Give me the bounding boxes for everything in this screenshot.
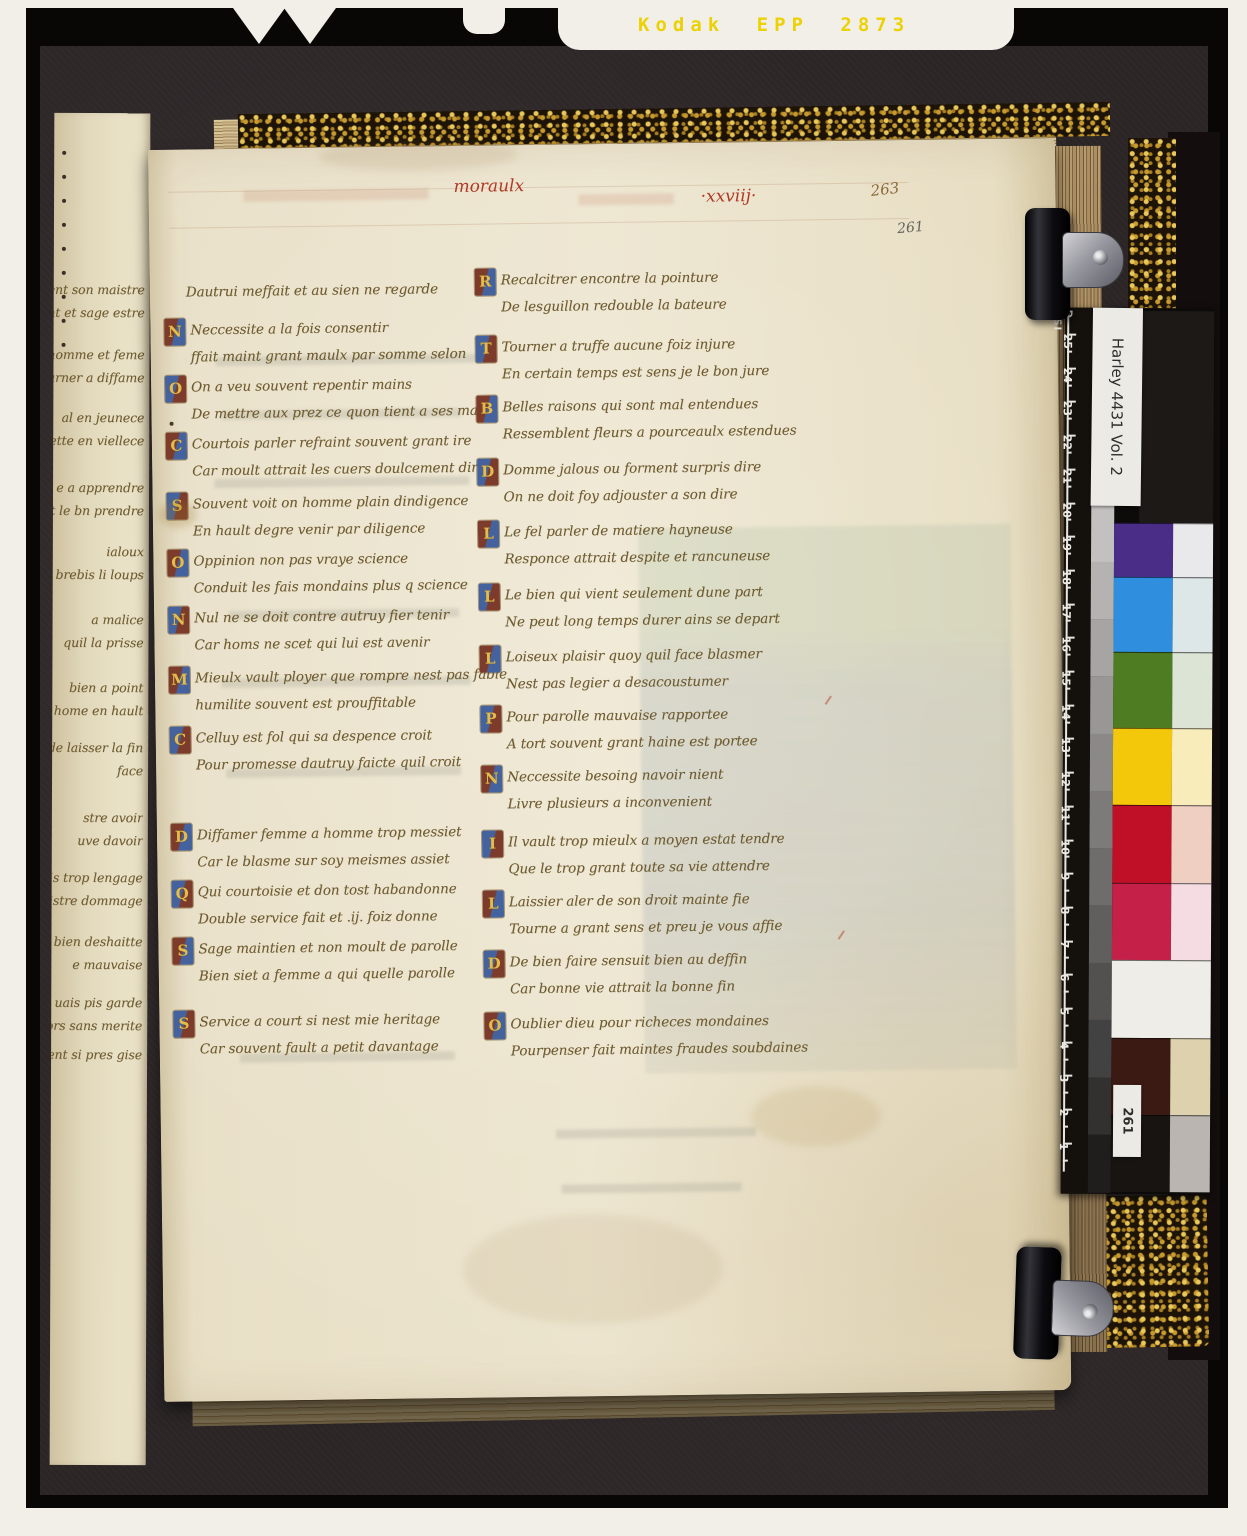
ruler-tick [1063, 1109, 1072, 1111]
illuminated-initial: I [482, 830, 503, 857]
ruler-tick-minor [1064, 856, 1069, 858]
ruler-tick-minor [1063, 1058, 1068, 1060]
illuminated-initial: L [478, 520, 499, 547]
verso-line-fragment: et le bn prendre [53, 499, 144, 522]
verse-line: En certain temps est sens je le bon jure [502, 357, 806, 388]
ruler-tick [1066, 637, 1075, 639]
ruler-tick-minor [1065, 822, 1070, 824]
ruler-tick-minor [1064, 991, 1069, 993]
grayscale-step [1091, 562, 1114, 620]
patch-blue-tint [1173, 577, 1213, 652]
grayscale-step [1089, 791, 1112, 849]
verso-couplet-fragment: a malicequil la prisse [52, 608, 148, 654]
verso-line-fragment: e a apprendre [53, 476, 144, 499]
verso-line-fragment: prent si pres gise [51, 1043, 142, 1066]
patch-green-tint [1172, 652, 1212, 728]
verso-fragments: ent son maistreant et sage estrentre hom… [50, 113, 151, 1465]
ruler-tick [1064, 940, 1073, 942]
shelfmark-label: Harley 4431 Vol. 2 [1091, 308, 1143, 507]
patch-yellow [1113, 728, 1172, 805]
ruler-tick [1064, 907, 1073, 909]
patch-green [1113, 652, 1172, 728]
ruler-tick [1067, 401, 1076, 403]
verso-line-fragment: ant et sage estre [54, 301, 145, 324]
verso-couplet-fragment: ent son maistreant et sage estre [54, 278, 150, 324]
gilt-binding-right [1128, 138, 1176, 320]
illuminated-initial: B [476, 395, 497, 422]
sewing-dot [62, 199, 66, 203]
ruler-tick [1063, 1075, 1072, 1077]
verso-couplet-fragment: e a apprendreet le bn prendre [53, 476, 149, 522]
grayscale-step [1088, 1020, 1111, 1078]
ruler-tick [1066, 603, 1075, 605]
ruler-tick [1065, 839, 1074, 841]
patch-purple-tint [1173, 523, 1213, 577]
verso-line-fragment: stre avoir [52, 806, 143, 829]
verso-line-fragment: tre hors sans merite [51, 1014, 142, 1037]
ruler-tick-minor [1065, 755, 1070, 757]
verso-line-fragment: quil la prisse [52, 631, 143, 654]
facing-page-sliver: ent son maistreant et sage estrentre hom… [50, 113, 151, 1465]
patch-brown-tint [1170, 1038, 1210, 1115]
verse-line: Que le trop grant toute sa vie attendre [508, 852, 812, 883]
verse-line: Pour parolle mauvaise rapportee [506, 700, 810, 731]
couplet-lines: Il vault trop mieulx a moyen estat tendr… [508, 825, 813, 883]
verso-line-fragment: face [52, 759, 143, 782]
verso-line-fragment: ux mais trop lengage [52, 866, 143, 889]
couplet: DDomme jalous ou forment surpris direOn … [477, 453, 808, 511]
couplet-lines: Domme jalous ou forment surpris direOn n… [503, 453, 808, 511]
couplet-lines: Neccessite besoing navoir nientLivre plu… [507, 760, 812, 818]
verso-couplet-fragment: al en jeuneceette en viellece [53, 406, 149, 452]
verso-couplet-fragment: ialouxles brebis li loups [53, 540, 149, 586]
couplet: LLe fel parler de matiere hayneuseRespon… [478, 515, 809, 573]
couplet-lines: Le bien qui vient seulement dune partNe … [505, 578, 810, 636]
ruler-tick [1065, 738, 1074, 740]
ruler-tick [1063, 1041, 1072, 1043]
ruler-tick [1067, 367, 1076, 369]
sewing-dot [62, 295, 66, 299]
sewing-dot [62, 151, 66, 155]
manuscript-page: moraulx ·xxviij· 263 261 Dautrui meffait… [148, 138, 1071, 1402]
verse-line: Car bonne vie attrait la bonne fin [510, 972, 814, 1003]
couplet: DDe bien faire sensuit bien au deffinCar… [483, 945, 814, 1003]
sewing-dot [62, 175, 66, 179]
ruler-tick-minor [1066, 485, 1071, 487]
verse-line: A tort souvent grant haine est portee [507, 727, 811, 758]
couplet-lines: Recalcitrer encontre la pointureDe lesgu… [501, 263, 806, 321]
ruler-tick [1066, 570, 1075, 572]
film-frame: Kodak EPP 2873 ent son maistreant et sag… [0, 0, 1247, 1536]
grayscale-step [1090, 619, 1113, 677]
verse-line: Domme jalous ou forment surpris dire [503, 453, 807, 484]
verso-line-fragment: ialoux [53, 540, 144, 563]
ruler-tick-minor [1067, 350, 1072, 352]
ruler-tick [1067, 435, 1076, 437]
ink-speck [170, 422, 174, 426]
patch-red-tint [1171, 805, 1211, 883]
ruler-tick-minor [1063, 1092, 1068, 1094]
ruler-tick-minor [1066, 620, 1071, 622]
patch-yellow-tint [1172, 728, 1212, 805]
verse-line: Nest pas legier a desacoustumer [506, 667, 810, 698]
verso-line-fragment: ntre homme et feme [53, 343, 144, 366]
verse-line: Neccessite besoing navoir nient [507, 760, 811, 791]
couplet: LLaissier aler de son droit mainte fieTo… [483, 885, 814, 943]
verse-line: Belles raisons qui sont mal entendues [502, 390, 806, 421]
shelfmark-text: Harley 4431 Vol. 2 [1107, 338, 1127, 476]
ruler-tick [1064, 974, 1073, 976]
verso-line-fragment: bien deshaitte [51, 930, 142, 953]
sewing-dot [62, 343, 66, 347]
ruler-tick-minor [1064, 957, 1069, 959]
clip-rivet [1093, 250, 1108, 265]
ruler-tick [1064, 1008, 1073, 1010]
ruler-tick-minor [1064, 923, 1069, 925]
couplet: RRecalcitrer encontre la pointureDe lesg… [475, 263, 806, 321]
ruler-tick-minor [1065, 721, 1070, 723]
couplet: LLoiseux plaisir quoy quil face blasmerN… [480, 640, 811, 698]
ruler-tick-minor [1064, 1024, 1069, 1026]
grayscale-step [1088, 1134, 1111, 1192]
couplet: OOublier dieu pour richeces mondainesPou… [484, 1007, 815, 1065]
illuminated-initial: R [475, 268, 496, 295]
couplet-lines: Loiseux plaisir quoy quil face blasmerNe… [506, 640, 811, 698]
ruler-tick [1066, 502, 1075, 504]
verse-line: Loiseux plaisir quoy quil face blasmer [506, 640, 810, 671]
verso-line-fragment: les brebis li loups [53, 563, 144, 586]
grayscale-step [1090, 734, 1113, 792]
verse-line: On ne doit foy adjouster a son dire [503, 480, 807, 511]
ruler-tick-minor [1066, 586, 1071, 588]
couplet-lines: Oublier dieu pour richeces mondainesPour… [510, 1007, 815, 1065]
sewing-dot [62, 271, 66, 275]
couplet-lines: Pour parolle mauvaise rapporteeA tort so… [506, 700, 811, 758]
illuminated-initial: L [479, 583, 500, 610]
text-column-right: RRecalcitrer encontre la pointureDe lesg… [148, 138, 1071, 1402]
couplet: PPour parolle mauvaise rapporteeA tort s… [480, 700, 811, 758]
patch-white [1111, 960, 1210, 1039]
ruler-tick-minor [1067, 452, 1072, 454]
ruler-tick-minor [1065, 789, 1070, 791]
verso-couplet-fragment: ux mais trop lengagemaistre dommage [52, 866, 148, 912]
illuminated-initial: D [477, 458, 498, 485]
verse-line: Le bien qui vient seulement dune part [505, 578, 809, 609]
couplet: NNeccessite besoing navoir nientLivre pl… [481, 760, 812, 818]
grayscale-step [1088, 1077, 1111, 1135]
ruler-tick [1066, 536, 1075, 538]
verse-line: Il vault trop mieulx a moyen estat tendr… [508, 825, 812, 856]
couplet-lines: Laissier aler de son droit mainte fieTou… [509, 885, 814, 943]
illuminated-initial: D [484, 950, 505, 977]
ruler-tick [1065, 704, 1074, 706]
folio-label: 261 [1113, 1085, 1141, 1157]
verso-couplet-fragment: stre avoiruve davoir [52, 806, 148, 852]
patch-red [1112, 805, 1171, 883]
grayscale-step [1089, 963, 1112, 1021]
ruler-tick [1067, 334, 1076, 336]
verse-line: De bien faire sensuit bien au deffin [509, 945, 813, 976]
illuminated-initial: O [484, 1012, 505, 1039]
illuminated-initial: T [475, 335, 496, 362]
verse-line: Le fel parler de matiere hayneuse [504, 515, 808, 546]
patch-crimson [1112, 883, 1171, 960]
verso-line-fragment: bien a point [52, 676, 143, 699]
ruler-tick-minor [1065, 687, 1070, 689]
couplet-lines: De bien faire sensuit bien au deffinCar … [509, 945, 814, 1003]
verse-line: Livre plusieurs a inconvenient [507, 787, 811, 818]
ruler-tick-minor [1067, 384, 1072, 386]
patch-black-large [1139, 310, 1214, 523]
verse-line: Ne peut long temps durer ains se depart [505, 605, 809, 636]
verso-line-fragment: maistre dommage [52, 889, 143, 912]
patch-purple [1114, 523, 1173, 577]
film-stock-label: Kodak EPP 2873 [638, 14, 910, 36]
sewing-dot [62, 319, 66, 323]
verso-couplet-fragment: bien a pointtent home en hault [52, 676, 148, 722]
verso-couplet-fragment: s que de laisser la finface [52, 736, 148, 782]
verse-line: Pourpenser fait maintes fraudes soubdain… [511, 1034, 815, 1065]
verse-line: Ressemblent fleurs a pourceaulx estendue… [503, 417, 807, 448]
verso-line-fragment: ent son maistre [54, 278, 145, 301]
verso-line-fragment: uve davoir [52, 829, 143, 852]
verse-line: Recalcitrer encontre la pointure [501, 263, 805, 294]
binder-clip-top [1025, 208, 1125, 326]
verse-line: Responce attrait despite et rancuneuse [504, 542, 808, 573]
ruler-tick-minor [1066, 553, 1071, 555]
color-calibration-bar: D RSI 2524232221201918171615141312111098… [1061, 308, 1216, 1195]
ruler-tick-minor [1064, 890, 1069, 892]
ruler-tick-minor [1067, 418, 1072, 420]
couplet-lines: Tourner a truffe aucune foiz injureEn ce… [501, 330, 806, 388]
film-notch [463, 8, 505, 34]
ruler-tick [1064, 873, 1073, 875]
binder-clip-bottom [1013, 1240, 1117, 1361]
verso-couplet-fragment: bien deshaittee mauvaise [51, 930, 147, 976]
verse-line: Laissier aler de son droit mainte fie [509, 885, 813, 916]
ruler-tick [1066, 468, 1075, 470]
folio-label-text: 261 [1119, 1107, 1134, 1134]
ruler-tick-minor [1065, 654, 1070, 656]
verso-line-fragment: tent home en hault [52, 699, 143, 722]
verso-line-fragment: al en jeunece [53, 406, 144, 429]
verso-line-fragment: a malice [53, 608, 144, 631]
sewing-dot [62, 247, 66, 251]
verso-couplet-fragment: prent si pres gise [51, 1043, 147, 1066]
patch-crimson-tint [1171, 883, 1211, 960]
patch-black-tint [1170, 1115, 1210, 1192]
ruler-tick-minor [1063, 1159, 1068, 1161]
verso-line-fragment: ourner a diffame [53, 366, 144, 389]
grayscale-step [1089, 848, 1112, 906]
ruler-tick-minor [1063, 1126, 1068, 1128]
ruler-tick [1065, 805, 1074, 807]
grayscale-step [1089, 905, 1112, 963]
illuminated-initial: N [481, 765, 502, 792]
verso-line-fragment: e mauvaise [51, 953, 142, 976]
verso-couplet-fragment: uais pis gardetre hors sans merite [51, 991, 147, 1037]
couplet: TTourner a truffe aucune foiz injureEn c… [475, 330, 806, 388]
patch-blue [1114, 577, 1173, 652]
verse-line: Tourne a grant sens et preu je vous affi… [509, 912, 813, 943]
couplet: IIl vault trop mieulx a moyen estat tend… [482, 825, 813, 883]
sewing-dot [62, 223, 66, 227]
ruler-tick-minor [1066, 519, 1071, 521]
verso-couplet-fragment: ntre homme et femeourner a diffame [53, 343, 149, 389]
verse-line: De lesguillon redouble la bateure [501, 290, 805, 321]
couplet: LLe bien qui vient seulement dune partNe… [479, 578, 810, 636]
couplet-lines: Le fel parler de matiere hayneuseResponc… [504, 515, 809, 573]
ruler-tick [1063, 1142, 1072, 1144]
grayscale-step [1090, 676, 1113, 734]
illuminated-initial: P [480, 705, 501, 732]
verse-line: Oublier dieu pour richeces mondaines [510, 1007, 814, 1038]
verso-line-fragment: s que de laisser la fin [52, 736, 143, 759]
illuminated-initial: L [480, 645, 501, 672]
verso-line-fragment: ette en viellece [53, 429, 144, 452]
verso-line-fragment: uais pis garde [51, 991, 142, 1014]
verse-line: Tourner a truffe aucune foiz injure [501, 330, 805, 361]
grayscale-step [1091, 505, 1114, 563]
couplet-lines: Belles raisons qui sont mal entenduesRes… [502, 390, 807, 448]
ruler-tick [1065, 671, 1074, 673]
couplet: BBelles raisons qui sont mal entenduesRe… [476, 390, 807, 448]
illuminated-initial: L [483, 890, 504, 917]
ruler-tick [1065, 772, 1074, 774]
